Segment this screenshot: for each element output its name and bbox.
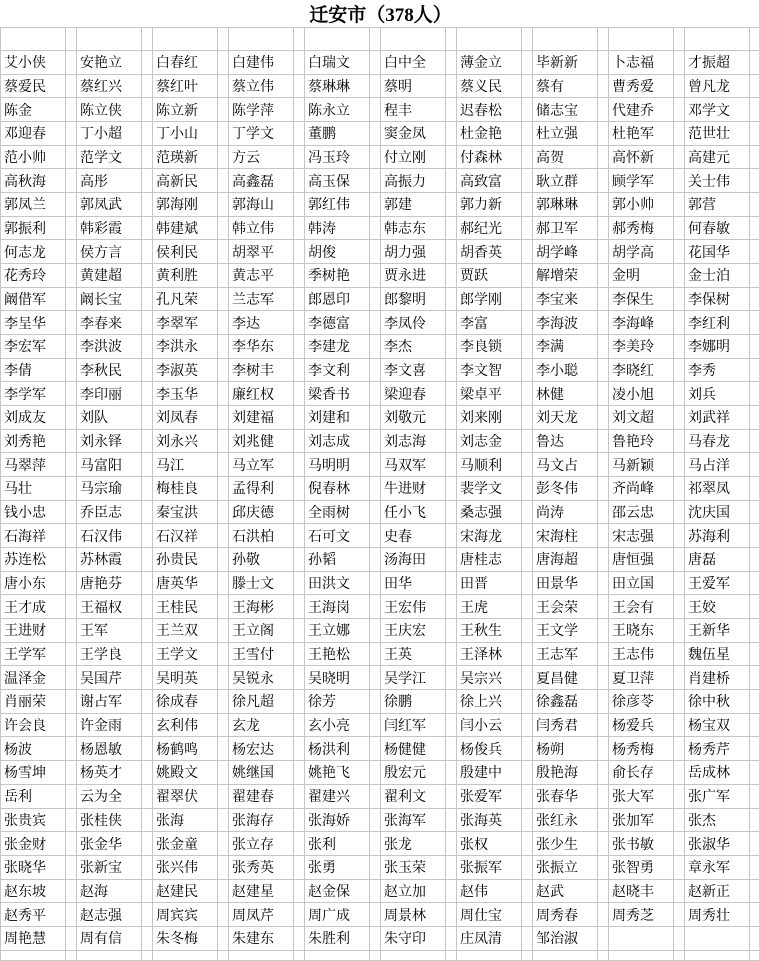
table-row: 张贵宾张桂侠张海张海存张海娇张海军张海英张红永张加军张杰 — [1, 808, 759, 832]
name-cell: 黄志平 — [229, 264, 294, 288]
spacer-cell — [598, 761, 609, 785]
name-cell — [609, 926, 674, 950]
spacer-cell — [446, 193, 457, 217]
name-cell: 孔凡荣 — [153, 287, 218, 311]
spacer-cell — [370, 74, 381, 98]
spacer-cell — [142, 548, 153, 572]
name-cell: 吴国芹 — [77, 666, 142, 690]
table-row: 王进财王军王兰双王立阁王立娜王庆宏王秋生王文学王晓东王新华 — [1, 619, 759, 643]
spacer-cell — [370, 524, 381, 548]
spacer-cell — [370, 761, 381, 785]
name-cell: 刘天龙 — [533, 406, 598, 430]
spacer-cell — [446, 335, 457, 359]
spacer-cell — [674, 453, 685, 477]
spacer-cell — [674, 358, 685, 382]
name-cell: 杨雪坤 — [1, 761, 66, 785]
name-cell: 蔡红叶 — [153, 74, 218, 98]
spacer-cell — [66, 98, 77, 122]
name-cell: 花秀玲 — [1, 264, 66, 288]
name-cell: 王学军 — [1, 642, 66, 666]
name-cell: 石汉祥 — [153, 524, 218, 548]
name-cell — [685, 28, 750, 51]
spacer-cell — [66, 950, 77, 960]
name-cell: 陈金 — [1, 98, 66, 122]
spacer-cell — [294, 690, 305, 714]
spacer-cell — [674, 98, 685, 122]
spacer-cell — [750, 429, 759, 453]
name-cell: 朱冬梅 — [153, 926, 218, 950]
table-row: 郭凤兰郭凤武郭海刚郭海山郭红伟郭建郭力新郭琳琳郭小帅郭营 — [1, 193, 759, 217]
spacer-cell — [446, 524, 457, 548]
spacer-cell — [218, 524, 229, 548]
spacer-cell — [142, 98, 153, 122]
name-cell: 储志宝 — [533, 98, 598, 122]
spacer-cell — [674, 287, 685, 311]
spacer-cell — [294, 548, 305, 572]
name-cell: 陈永立 — [305, 98, 370, 122]
spacer-cell — [66, 382, 77, 406]
spacer-cell — [294, 737, 305, 761]
spacer-cell — [750, 358, 759, 382]
spacer-cell — [522, 358, 533, 382]
name-cell: 李宏军 — [1, 335, 66, 359]
name-cell: 张海英 — [457, 808, 522, 832]
spacer-cell — [294, 98, 305, 122]
spacer-cell — [294, 264, 305, 288]
spacer-cell — [522, 737, 533, 761]
table-row: 艾小侠安艳立白春红白建伟白瑞文白中全薄金立毕新新卜志福才振超 — [1, 51, 759, 75]
name-cell: 朱胜利 — [305, 926, 370, 950]
name-cell: 刘文超 — [609, 406, 674, 430]
spacer-cell — [66, 145, 77, 169]
name-cell: 李文利 — [305, 358, 370, 382]
spacer-cell — [750, 690, 759, 714]
spacer-cell — [294, 619, 305, 643]
table-row: 赵秀平赵志强周宾宾周凤芹周广成周景林周仕宝周秀春周秀芝周秀壮 — [1, 903, 759, 927]
spacer-cell — [142, 453, 153, 477]
name-cell: 付森林 — [457, 145, 522, 169]
name-cell: 殷宏元 — [381, 761, 446, 785]
name-cell: 庄凤清 — [457, 926, 522, 950]
spacer-cell — [522, 500, 533, 524]
name-cell: 何春敏 — [685, 216, 750, 240]
spacer-cell — [674, 74, 685, 98]
name-cell: 张杰 — [685, 808, 750, 832]
name-cell: 杜立强 — [533, 122, 598, 146]
name-cell: 李呈华 — [1, 311, 66, 335]
name-cell: 殷建中 — [457, 761, 522, 785]
spacer-cell — [522, 311, 533, 335]
spacer-cell — [750, 619, 759, 643]
spacer-cell — [750, 264, 759, 288]
name-cell: 高秋海 — [1, 169, 66, 193]
name-cell: 李文喜 — [381, 358, 446, 382]
spacer-cell — [66, 429, 77, 453]
name-cell: 陈立新 — [153, 98, 218, 122]
table-row: 何志龙侯方言侯利民胡翠平胡俊胡力强胡香英胡学峰胡学高花国华 — [1, 240, 759, 264]
name-cell: 马翠萍 — [1, 453, 66, 477]
spacer-cell — [294, 761, 305, 785]
name-cell: 赵东坡 — [1, 879, 66, 903]
name-cell: 高贺 — [533, 145, 598, 169]
name-cell: 孙敬 — [229, 548, 294, 572]
name-cell: 闫秀君 — [533, 713, 598, 737]
name-cell: 何志龙 — [1, 240, 66, 264]
spacer-cell — [294, 240, 305, 264]
name-cell: 李华东 — [229, 335, 294, 359]
spacer-cell — [294, 406, 305, 430]
spacer-cell — [750, 855, 759, 879]
spacer-cell — [218, 548, 229, 572]
name-cell: 丁学文 — [229, 122, 294, 146]
spacer-cell — [66, 287, 77, 311]
spacer-cell — [522, 926, 533, 950]
spacer-cell — [66, 240, 77, 264]
name-cell: 韩立伟 — [229, 216, 294, 240]
name-cell: 刘永兴 — [153, 429, 218, 453]
name-cell: 鲁艳玲 — [609, 429, 674, 453]
spacer-cell — [218, 406, 229, 430]
table-row: 邓迎春丁小超丁小山丁学文董鹏窦金凤杜金艳杜立强杜艳军范世壮 — [1, 122, 759, 146]
name-cell: 秦宝洪 — [153, 500, 218, 524]
spacer-cell — [142, 879, 153, 903]
spacer-cell — [142, 477, 153, 501]
spacer-cell — [218, 51, 229, 75]
spacer-cell — [142, 500, 153, 524]
spacer-cell — [446, 122, 457, 146]
name-cell: 杨宏达 — [229, 737, 294, 761]
names-grid: 迁安市（378人） 艾小侠安艳立白春红白建伟白瑞文白中全薄金立毕新新卜志福才振超… — [0, 0, 759, 961]
spacer-cell — [218, 193, 229, 217]
spacer-cell — [370, 216, 381, 240]
name-cell: 王新华 — [685, 619, 750, 643]
name-cell: 全雨树 — [305, 500, 370, 524]
spacer-cell — [446, 358, 457, 382]
name-cell — [153, 950, 218, 960]
spacer-cell — [522, 477, 533, 501]
spacer-cell — [446, 240, 457, 264]
name-cell: 李晓红 — [609, 358, 674, 382]
name-cell: 李达 — [229, 311, 294, 335]
name-cell: 蔡立伟 — [229, 74, 294, 98]
spacer-cell — [370, 429, 381, 453]
spacer-cell — [522, 74, 533, 98]
name-cell: 田华 — [381, 571, 446, 595]
table-row: 张晓华张新宝张兴伟张秀英张勇张玉荣张振军张振立张智勇章永军 — [1, 855, 759, 879]
spacer-cell — [218, 713, 229, 737]
name-cell: 李海波 — [533, 311, 598, 335]
name-cell: 彭冬伟 — [533, 477, 598, 501]
spacer-cell — [674, 193, 685, 217]
name-cell: 李春来 — [77, 311, 142, 335]
name-cell: 任小飞 — [381, 500, 446, 524]
table-row: 李倩李秋民李淑英李树丰李文利李文喜李文智李小聪李晓红李秀 — [1, 358, 759, 382]
name-cell: 王学良 — [77, 642, 142, 666]
spacer-cell — [218, 761, 229, 785]
spacer-cell — [66, 737, 77, 761]
spacer-cell — [294, 879, 305, 903]
spacer-cell — [750, 926, 759, 950]
name-cell: 俞长存 — [609, 761, 674, 785]
spacer-cell — [522, 169, 533, 193]
spacer-cell — [446, 903, 457, 927]
name-cell: 王会有 — [609, 595, 674, 619]
spacer-cell — [370, 737, 381, 761]
spacer-cell — [598, 595, 609, 619]
spacer-cell — [522, 122, 533, 146]
name-cell: 许会良 — [1, 713, 66, 737]
name-cell: 姚殿文 — [153, 761, 218, 785]
name-cell: 周宾宾 — [153, 903, 218, 927]
spacer-cell — [750, 335, 759, 359]
name-cell: 牛进财 — [381, 477, 446, 501]
spacer-cell — [446, 784, 457, 808]
name-cell: 郎黎明 — [381, 287, 446, 311]
name-cell: 王海彬 — [229, 595, 294, 619]
spacer-cell — [370, 666, 381, 690]
name-cell: 高振力 — [381, 169, 446, 193]
name-cell: 贾永进 — [381, 264, 446, 288]
name-cell: 李海峰 — [609, 311, 674, 335]
spacer-cell — [294, 28, 305, 51]
spacer-cell — [598, 619, 609, 643]
spacer-cell — [66, 571, 77, 595]
name-cell: 赵秀平 — [1, 903, 66, 927]
spacer-cell — [674, 642, 685, 666]
spacer-cell — [142, 761, 153, 785]
table-row: 马壮马宗瑜梅桂良孟得利倪春林牛进财裴学文彭冬伟齐尚峰祁翠凤 — [1, 477, 759, 501]
spacer-cell — [294, 595, 305, 619]
name-cell: 唐恒强 — [609, 548, 674, 572]
name-cell: 祁翠凤 — [685, 477, 750, 501]
spacer-cell — [598, 145, 609, 169]
name-cell — [77, 28, 142, 51]
spacer-cell — [522, 287, 533, 311]
spacer-cell — [446, 287, 457, 311]
spacer-cell — [370, 808, 381, 832]
spacer-cell — [370, 690, 381, 714]
spacer-cell — [66, 311, 77, 335]
name-cell — [305, 950, 370, 960]
name-cell: 郭琳琳 — [533, 193, 598, 217]
name-cell: 李杰 — [381, 335, 446, 359]
name-cell: 郭力新 — [457, 193, 522, 217]
name-cell: 刘建福 — [229, 406, 294, 430]
spacer-cell — [446, 713, 457, 737]
spacer-cell — [370, 879, 381, 903]
name-cell: 张海存 — [229, 808, 294, 832]
name-cell: 李小聪 — [533, 358, 598, 382]
table-row: 张金财张金华张金童张立存张利张龙张权张少生张书敏张淑华 — [1, 832, 759, 856]
table-row: 钱小忠乔臣志秦宝洪邱庆德全雨树任小飞桑志强尚涛邵云忠沈庆国 — [1, 500, 759, 524]
name-cell: 周凤芹 — [229, 903, 294, 927]
name-cell: 王英 — [381, 642, 446, 666]
spacer-cell — [218, 642, 229, 666]
spacer-cell — [66, 28, 77, 51]
name-cell: 徐鹏 — [381, 690, 446, 714]
spacer-cell — [674, 51, 685, 75]
name-cell: 李宝来 — [533, 287, 598, 311]
spacer-cell — [598, 74, 609, 98]
spacer-cell — [218, 216, 229, 240]
name-cell: 李凤伶 — [381, 311, 446, 335]
name-cell: 梁香书 — [305, 382, 370, 406]
spacer-cell — [750, 761, 759, 785]
name-cell: 刘建和 — [305, 406, 370, 430]
name-cell: 李美玲 — [609, 335, 674, 359]
spacer-cell — [598, 51, 609, 75]
spacer-cell — [294, 713, 305, 737]
spacer-cell — [446, 74, 457, 98]
spacer-cell — [218, 855, 229, 879]
table-row: 刘秀艳刘永铎刘永兴刘兆健刘志成刘志海刘志金鲁达鲁艳玲马春龙 — [1, 429, 759, 453]
name-cell: 王宏伟 — [381, 595, 446, 619]
name-cell: 白瑞文 — [305, 51, 370, 75]
spacer-cell — [598, 903, 609, 927]
spacer-cell — [218, 169, 229, 193]
name-cell: 王志军 — [533, 642, 598, 666]
name-cell: 杨爱兵 — [609, 713, 674, 737]
spacer-cell — [142, 287, 153, 311]
spacer-cell — [218, 879, 229, 903]
spacer-cell — [522, 784, 533, 808]
name-cell — [533, 950, 598, 960]
name-cell: 迟春松 — [457, 98, 522, 122]
spacer-cell — [142, 28, 153, 51]
spacer-cell — [522, 571, 533, 595]
spacer-cell — [370, 122, 381, 146]
spacer-cell — [142, 737, 153, 761]
spacer-cell — [142, 264, 153, 288]
spacer-cell — [674, 382, 685, 406]
name-cell: 杨秀芹 — [685, 737, 750, 761]
spacer-cell — [66, 548, 77, 572]
spacer-cell — [370, 784, 381, 808]
spacer-cell — [294, 477, 305, 501]
spacer-cell — [142, 666, 153, 690]
name-cell — [153, 28, 218, 51]
spacer-cell — [218, 122, 229, 146]
spacer-cell — [522, 619, 533, 643]
name-cell: 玄龙 — [229, 713, 294, 737]
spacer-cell — [598, 642, 609, 666]
name-cell: 王立娜 — [305, 619, 370, 643]
name-cell: 杨波 — [1, 737, 66, 761]
spacer-cell — [674, 500, 685, 524]
name-cell: 徐彦苓 — [609, 690, 674, 714]
spacer-cell — [674, 216, 685, 240]
spacer-cell — [598, 335, 609, 359]
spacer-cell — [674, 879, 685, 903]
name-cell: 杨宝双 — [685, 713, 750, 737]
name-cell: 丁小山 — [153, 122, 218, 146]
name-cell: 王志伟 — [609, 642, 674, 666]
name-cell: 杨健健 — [381, 737, 446, 761]
name-cell: 韩志东 — [381, 216, 446, 240]
spacer-cell — [522, 808, 533, 832]
name-cell: 肖建桥 — [685, 666, 750, 690]
name-cell — [1, 950, 66, 960]
name-cell: 玄小亮 — [305, 713, 370, 737]
spacer-cell — [294, 74, 305, 98]
spacer-cell — [598, 571, 609, 595]
name-cell: 赵建民 — [153, 879, 218, 903]
spacer-cell — [750, 28, 759, 51]
spacer-cell — [598, 855, 609, 879]
spacer-cell — [446, 832, 457, 856]
spacer-cell — [218, 926, 229, 950]
name-cell: 赵立加 — [381, 879, 446, 903]
spacer-cell — [446, 477, 457, 501]
spacer-cell — [750, 548, 759, 572]
name-cell: 梁卓平 — [457, 382, 522, 406]
name-cell: 苏海利 — [685, 524, 750, 548]
spacer-cell — [522, 51, 533, 75]
spacer-cell — [750, 193, 759, 217]
name-cell: 翟建春 — [229, 784, 294, 808]
name-cell: 侯利民 — [153, 240, 218, 264]
name-cell: 刘志金 — [457, 429, 522, 453]
spacer-cell — [598, 832, 609, 856]
spacer-cell — [750, 737, 759, 761]
spacer-cell — [294, 784, 305, 808]
name-cell: 杨英才 — [77, 761, 142, 785]
spacer-cell — [674, 832, 685, 856]
spacer-cell — [142, 382, 153, 406]
spacer-cell — [294, 169, 305, 193]
name-cell: 周有信 — [77, 926, 142, 950]
name-cell: 石汉伟 — [77, 524, 142, 548]
spacer-cell — [522, 855, 533, 879]
spacer-cell — [750, 642, 759, 666]
table-row: 周艳慧周有信朱冬梅朱建东朱胜利朱守印庄凤清邹治淑 — [1, 926, 759, 950]
spacer-cell — [142, 808, 153, 832]
name-cell: 赵建星 — [229, 879, 294, 903]
table-row: 花秀玲黄建超黄利胜黄志平季树艳贾永进贾跃解增荣金明金士泊 — [1, 264, 759, 288]
name-cell: 张少生 — [533, 832, 598, 856]
name-cell: 薄金立 — [457, 51, 522, 75]
spacer-cell — [294, 903, 305, 927]
name-cell: 李良锁 — [457, 335, 522, 359]
spacer-cell — [294, 216, 305, 240]
spacer-cell — [598, 737, 609, 761]
name-cell: 马顺利 — [457, 453, 522, 477]
name-cell: 张海 — [153, 808, 218, 832]
spacer-cell — [750, 406, 759, 430]
name-cell: 张金童 — [153, 832, 218, 856]
spacer-cell — [66, 500, 77, 524]
name-cell: 高致富 — [457, 169, 522, 193]
spacer-cell — [446, 500, 457, 524]
name-cell: 魏伍星 — [685, 642, 750, 666]
spacer-cell — [598, 287, 609, 311]
spacer-cell — [370, 595, 381, 619]
spacer-cell — [750, 903, 759, 927]
spacer-cell — [142, 122, 153, 146]
name-cell — [609, 950, 674, 960]
name-cell: 王虎 — [457, 595, 522, 619]
spacer-cell — [750, 595, 759, 619]
name-cell: 马春龙 — [685, 429, 750, 453]
spacer-cell — [218, 28, 229, 51]
name-cell: 张广军 — [685, 784, 750, 808]
spacer-cell — [66, 51, 77, 75]
spacer-cell — [674, 429, 685, 453]
name-cell: 周秀芝 — [609, 903, 674, 927]
name-cell: 付立刚 — [381, 145, 446, 169]
name-cell: 刘武祥 — [685, 406, 750, 430]
name-cell: 马立军 — [229, 453, 294, 477]
